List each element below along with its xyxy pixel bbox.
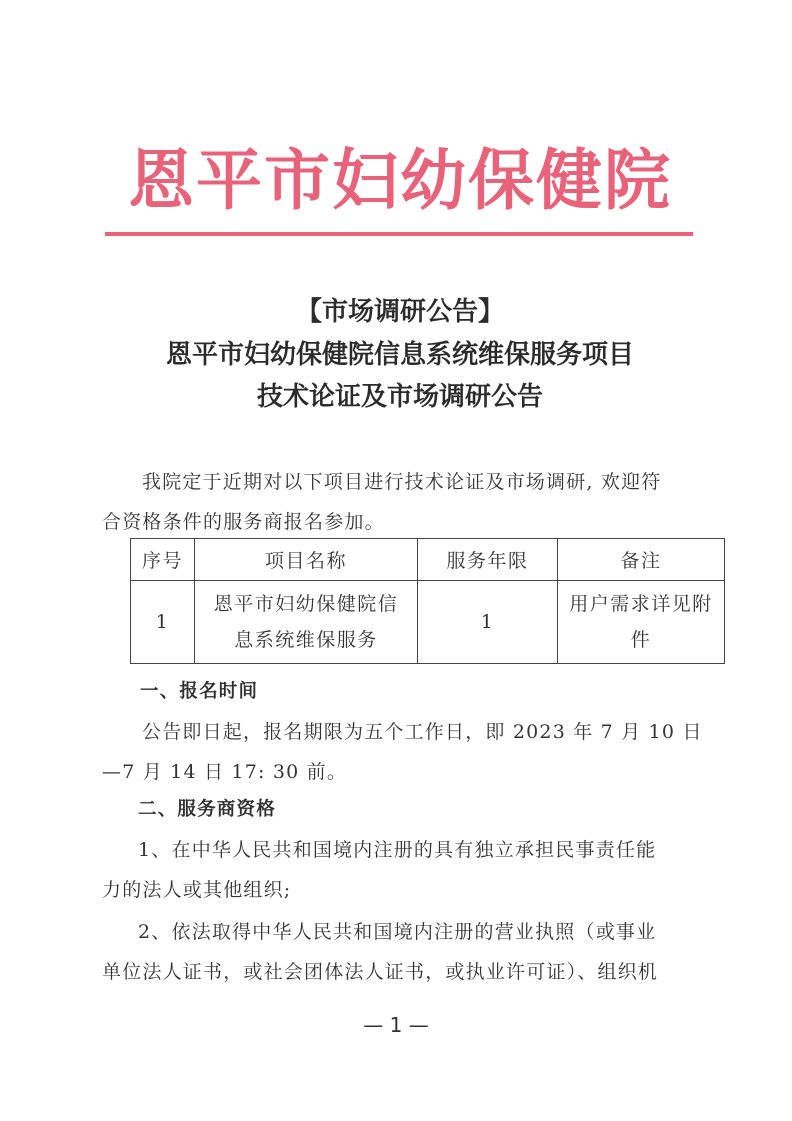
cell-project-name: 恩平市妇幼保健院信 息系统维保服务 xyxy=(195,581,418,664)
section2-item2-line1: 2、依法取得中华人民共和国境内注册的营业执照（或事业 xyxy=(138,912,713,952)
org-masthead: 恩平市妇幼保健院 xyxy=(100,140,700,220)
cell-project-name-line1: 恩平市妇幼保健院信 xyxy=(199,586,413,622)
section2-item1-line1: 1、在中华人民共和国境内注册的具有独立承担民事责任能 xyxy=(138,830,713,870)
section2-item2-line2: 单位法人证书，或社会团体法人证书，或执业许可证）、组织机 xyxy=(102,952,714,992)
section2-heading: 二、服务商资格 xyxy=(138,790,738,830)
header-no: 序号 xyxy=(131,539,195,581)
document-title-line1: 恩平市妇幼保健院信息系统维保服务项目 xyxy=(100,335,700,375)
masthead-divider xyxy=(105,232,693,236)
announcement-tag: 【市场调研公告】 xyxy=(100,292,700,332)
intro-line1: 我院定于近期对以下项目进行技术论证及市场调研, 欢迎符 xyxy=(142,462,712,502)
section1-line2: —7 月 14 日 17: 30 前。 xyxy=(102,752,702,792)
intro-line2: 合资格条件的服务商报名参加。 xyxy=(102,502,702,542)
cell-no: 1 xyxy=(131,581,195,664)
document-title-line2: 技术论证及市场调研公告 xyxy=(100,377,700,417)
section1-line1: 公告即日起，报名期限为五个工作日，即 2023 年 7 月 10 日 xyxy=(142,712,712,752)
cell-note-line2: 件 xyxy=(562,622,720,658)
cell-note: 用户需求详见附 件 xyxy=(558,581,725,664)
section1-heading: 一、报名时间 xyxy=(140,672,740,712)
cell-note-line1: 用户需求详见附 xyxy=(562,586,720,622)
section2-item1-line2: 力的法人或其他组织; xyxy=(102,870,702,910)
project-table: 序号 项目名称 服务年限 备注 1 恩平市妇幼保健院信 息系统维保服务 1 用户… xyxy=(130,538,725,664)
header-note: 备注 xyxy=(558,539,725,581)
header-project-name: 项目名称 xyxy=(195,539,418,581)
cell-project-name-line2: 息系统维保服务 xyxy=(199,622,413,658)
page-number: — 1 — xyxy=(346,1013,446,1037)
header-service-years: 服务年限 xyxy=(418,539,558,581)
table-row: 1 恩平市妇幼保健院信 息系统维保服务 1 用户需求详见附 件 xyxy=(131,581,725,664)
cell-service-years: 1 xyxy=(418,581,558,664)
table-header-row: 序号 项目名称 服务年限 备注 xyxy=(131,539,725,581)
